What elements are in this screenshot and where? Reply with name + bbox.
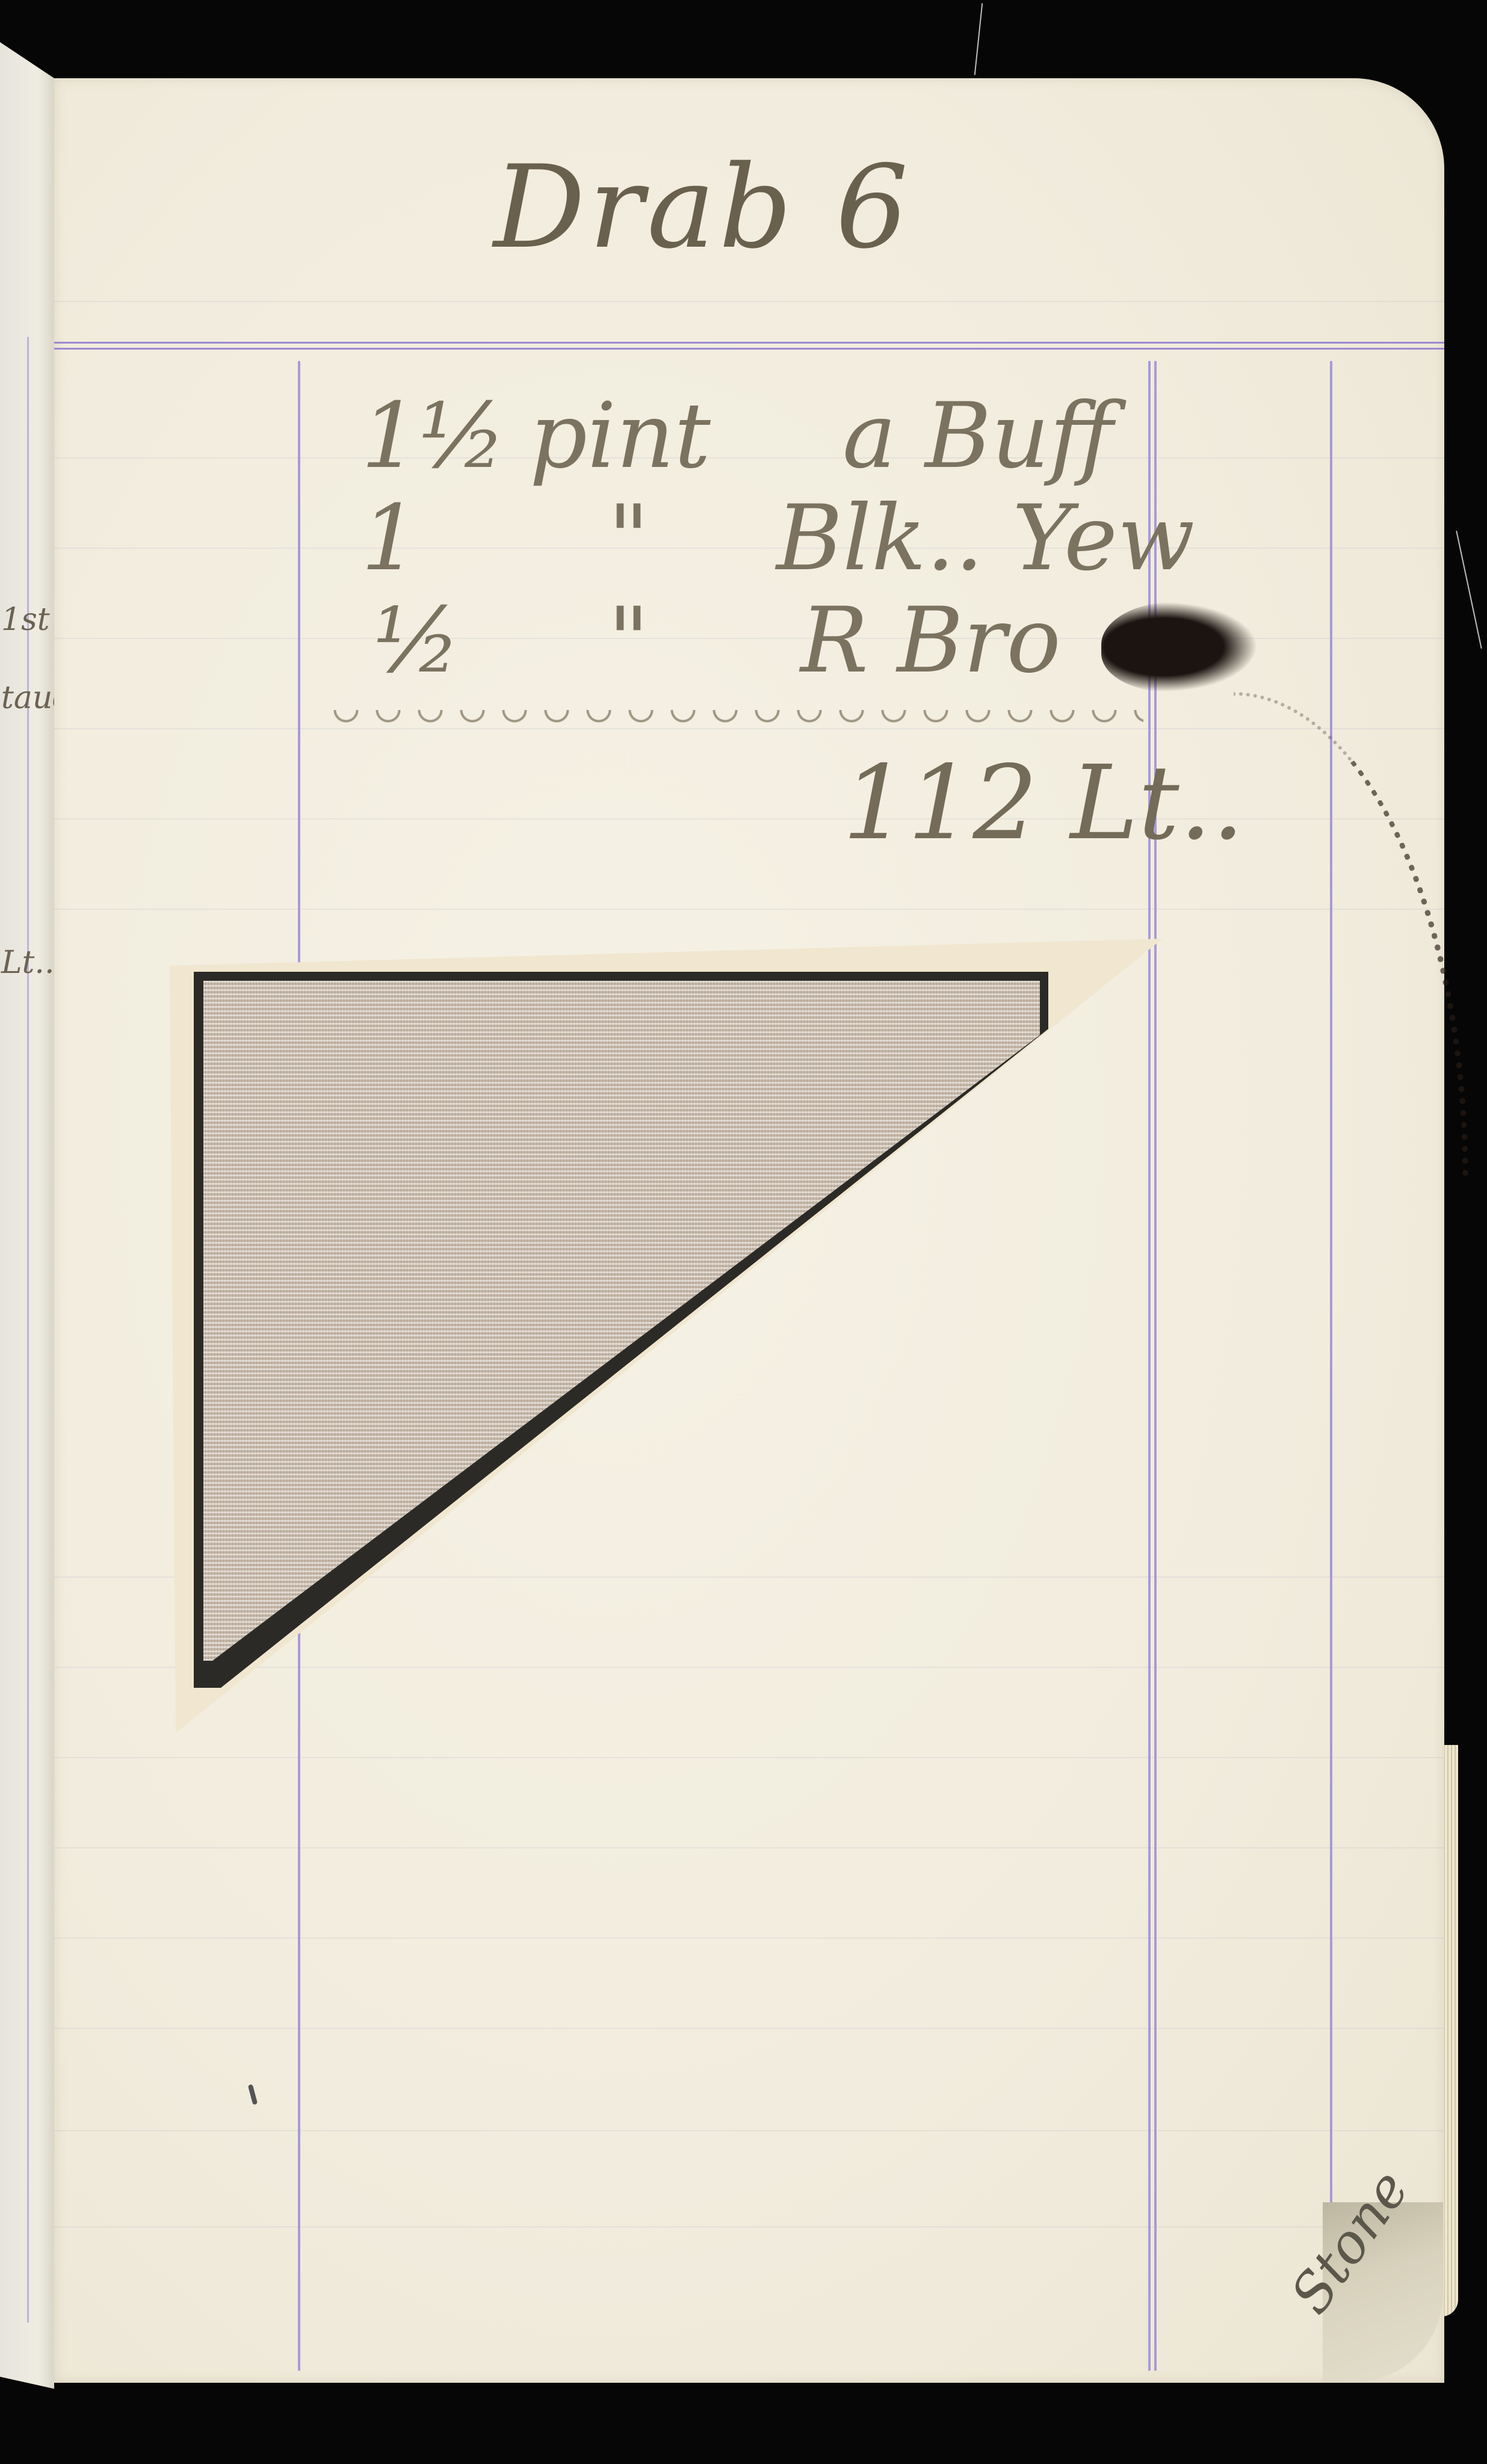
faint-rule (54, 1938, 1444, 1939)
stray-thread (1456, 531, 1482, 649)
faint-rule (54, 2226, 1444, 2228)
header-rule-top (54, 342, 1444, 344)
recipe-line-3-ingredient: R Bro (800, 596, 1061, 686)
recipe-total: 112 Lt.. (842, 752, 1244, 854)
faint-rule (54, 1757, 1444, 1758)
total-underline (325, 710, 1143, 732)
left-page-text-3: Lt.. (1, 945, 55, 981)
column-rule-right (1330, 361, 1332, 2202)
recipe-line-1-quantity: 1½ (361, 391, 506, 481)
faint-rule (54, 1847, 1444, 1848)
faint-rule (54, 1667, 1444, 1668)
faint-rule (54, 457, 1444, 459)
header-rule-bottom (54, 348, 1444, 350)
left-page-text-1: 1st (1, 602, 50, 638)
faint-rule (54, 2130, 1444, 2131)
recipe-line-1-ingredient: a Buff (842, 391, 1113, 481)
recipe-line-2-quantity: 1 (361, 493, 418, 584)
recipe-title: Drab 6 (493, 150, 912, 265)
faint-rule (54, 548, 1444, 549)
recipe-line-3-unit: " (608, 596, 649, 686)
recipe-line-2-unit: " (608, 493, 649, 584)
recipe-line-1-unit: pint (530, 391, 711, 481)
recipe-line-2-ingredient: Blk.. Yew (776, 493, 1195, 584)
stray-thread (974, 3, 983, 75)
faint-rule (54, 2028, 1444, 2029)
recipe-line-3-quantity: ½ (373, 596, 460, 686)
faint-rule (54, 301, 1444, 302)
